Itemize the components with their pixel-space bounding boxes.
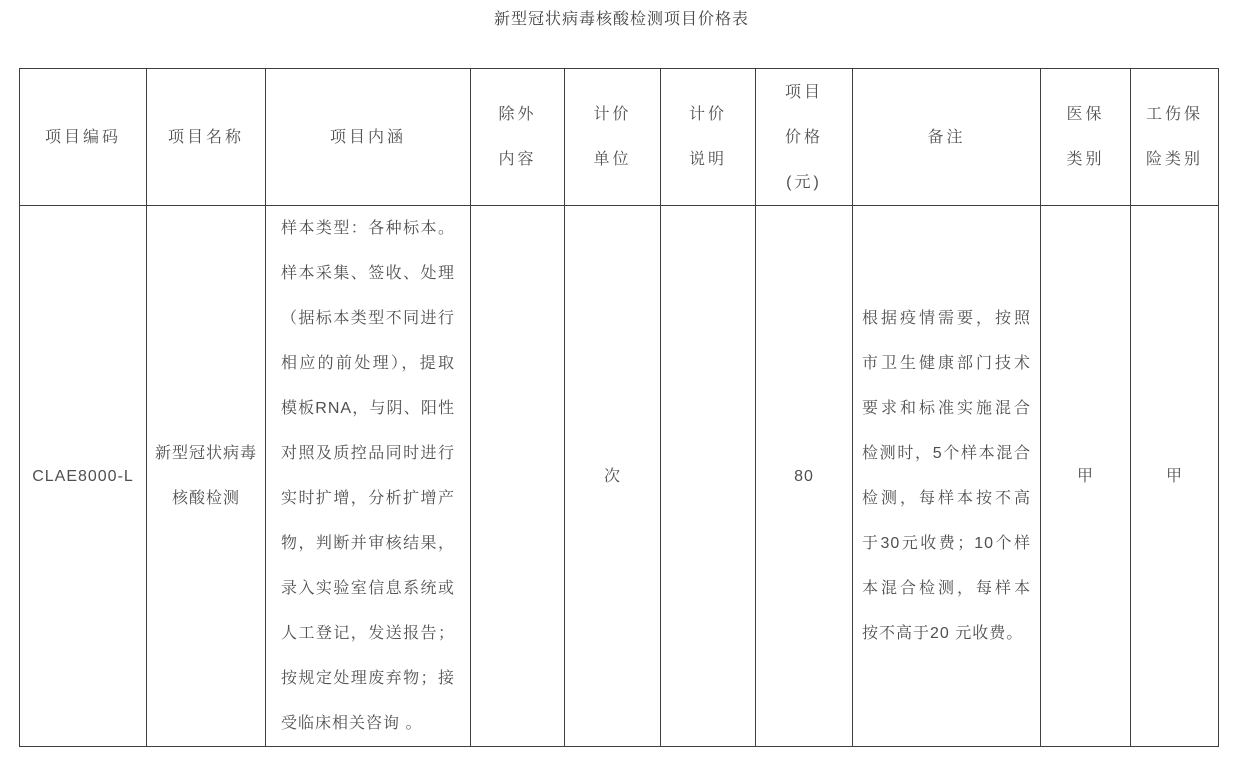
cell-pricing-unit: 次: [565, 206, 661, 747]
cell-work-injury-insurance-type: 甲: [1131, 206, 1219, 747]
cell-pricing-note: [661, 206, 756, 747]
header-remark: 备注: [853, 69, 1041, 206]
cell-excluded-content: [471, 206, 565, 747]
cell-project-price: 80: [756, 206, 853, 747]
header-excluded-content: 除外 内容: [471, 69, 565, 206]
header-pricing-note: 计价 说明: [661, 69, 756, 206]
header-project-content: 项目内涵: [266, 69, 471, 206]
header-work-injury-insurance-type: 工伤保 险类别: [1131, 69, 1219, 206]
page: 新型冠状病毒核酸检测项目价格表 项目编码 项目名称 项目内涵 除外 内容 计价 …: [0, 0, 1243, 763]
table-header-row: 项目编码 项目名称 项目内涵 除外 内容 计价 单位 计价 说明 项目 价格 (…: [20, 69, 1219, 206]
cell-medical-insurance-type: 甲: [1041, 206, 1131, 747]
price-table: 项目编码 项目名称 项目内涵 除外 内容 计价 单位 计价 说明 项目 价格 (…: [19, 68, 1219, 747]
table-row: CLAE8000-L 新型冠状病毒核酸检测 样本类型：各种标本。样本采集、签收、…: [20, 206, 1219, 747]
page-title: 新型冠状病毒核酸检测项目价格表: [0, 0, 1243, 29]
header-project-name: 项目名称: [147, 69, 266, 206]
cell-project-code: CLAE8000-L: [20, 206, 147, 747]
header-pricing-unit: 计价 单位: [565, 69, 661, 206]
cell-project-name: 新型冠状病毒核酸检测: [147, 206, 266, 747]
header-medical-insurance-type: 医保 类别: [1041, 69, 1131, 206]
header-project-code: 项目编码: [20, 69, 147, 206]
cell-project-content: 样本类型：各种标本。样本采集、签收、处理（据标本类型不同进行相应的前处理），提取…: [266, 206, 471, 747]
cell-remark: 根据疫情需要，按照市卫生健康部门技术要求和标准实施混合检测时，5个样本混合检测，…: [853, 206, 1041, 747]
header-project-price: 项目 价格 (元): [756, 69, 853, 206]
